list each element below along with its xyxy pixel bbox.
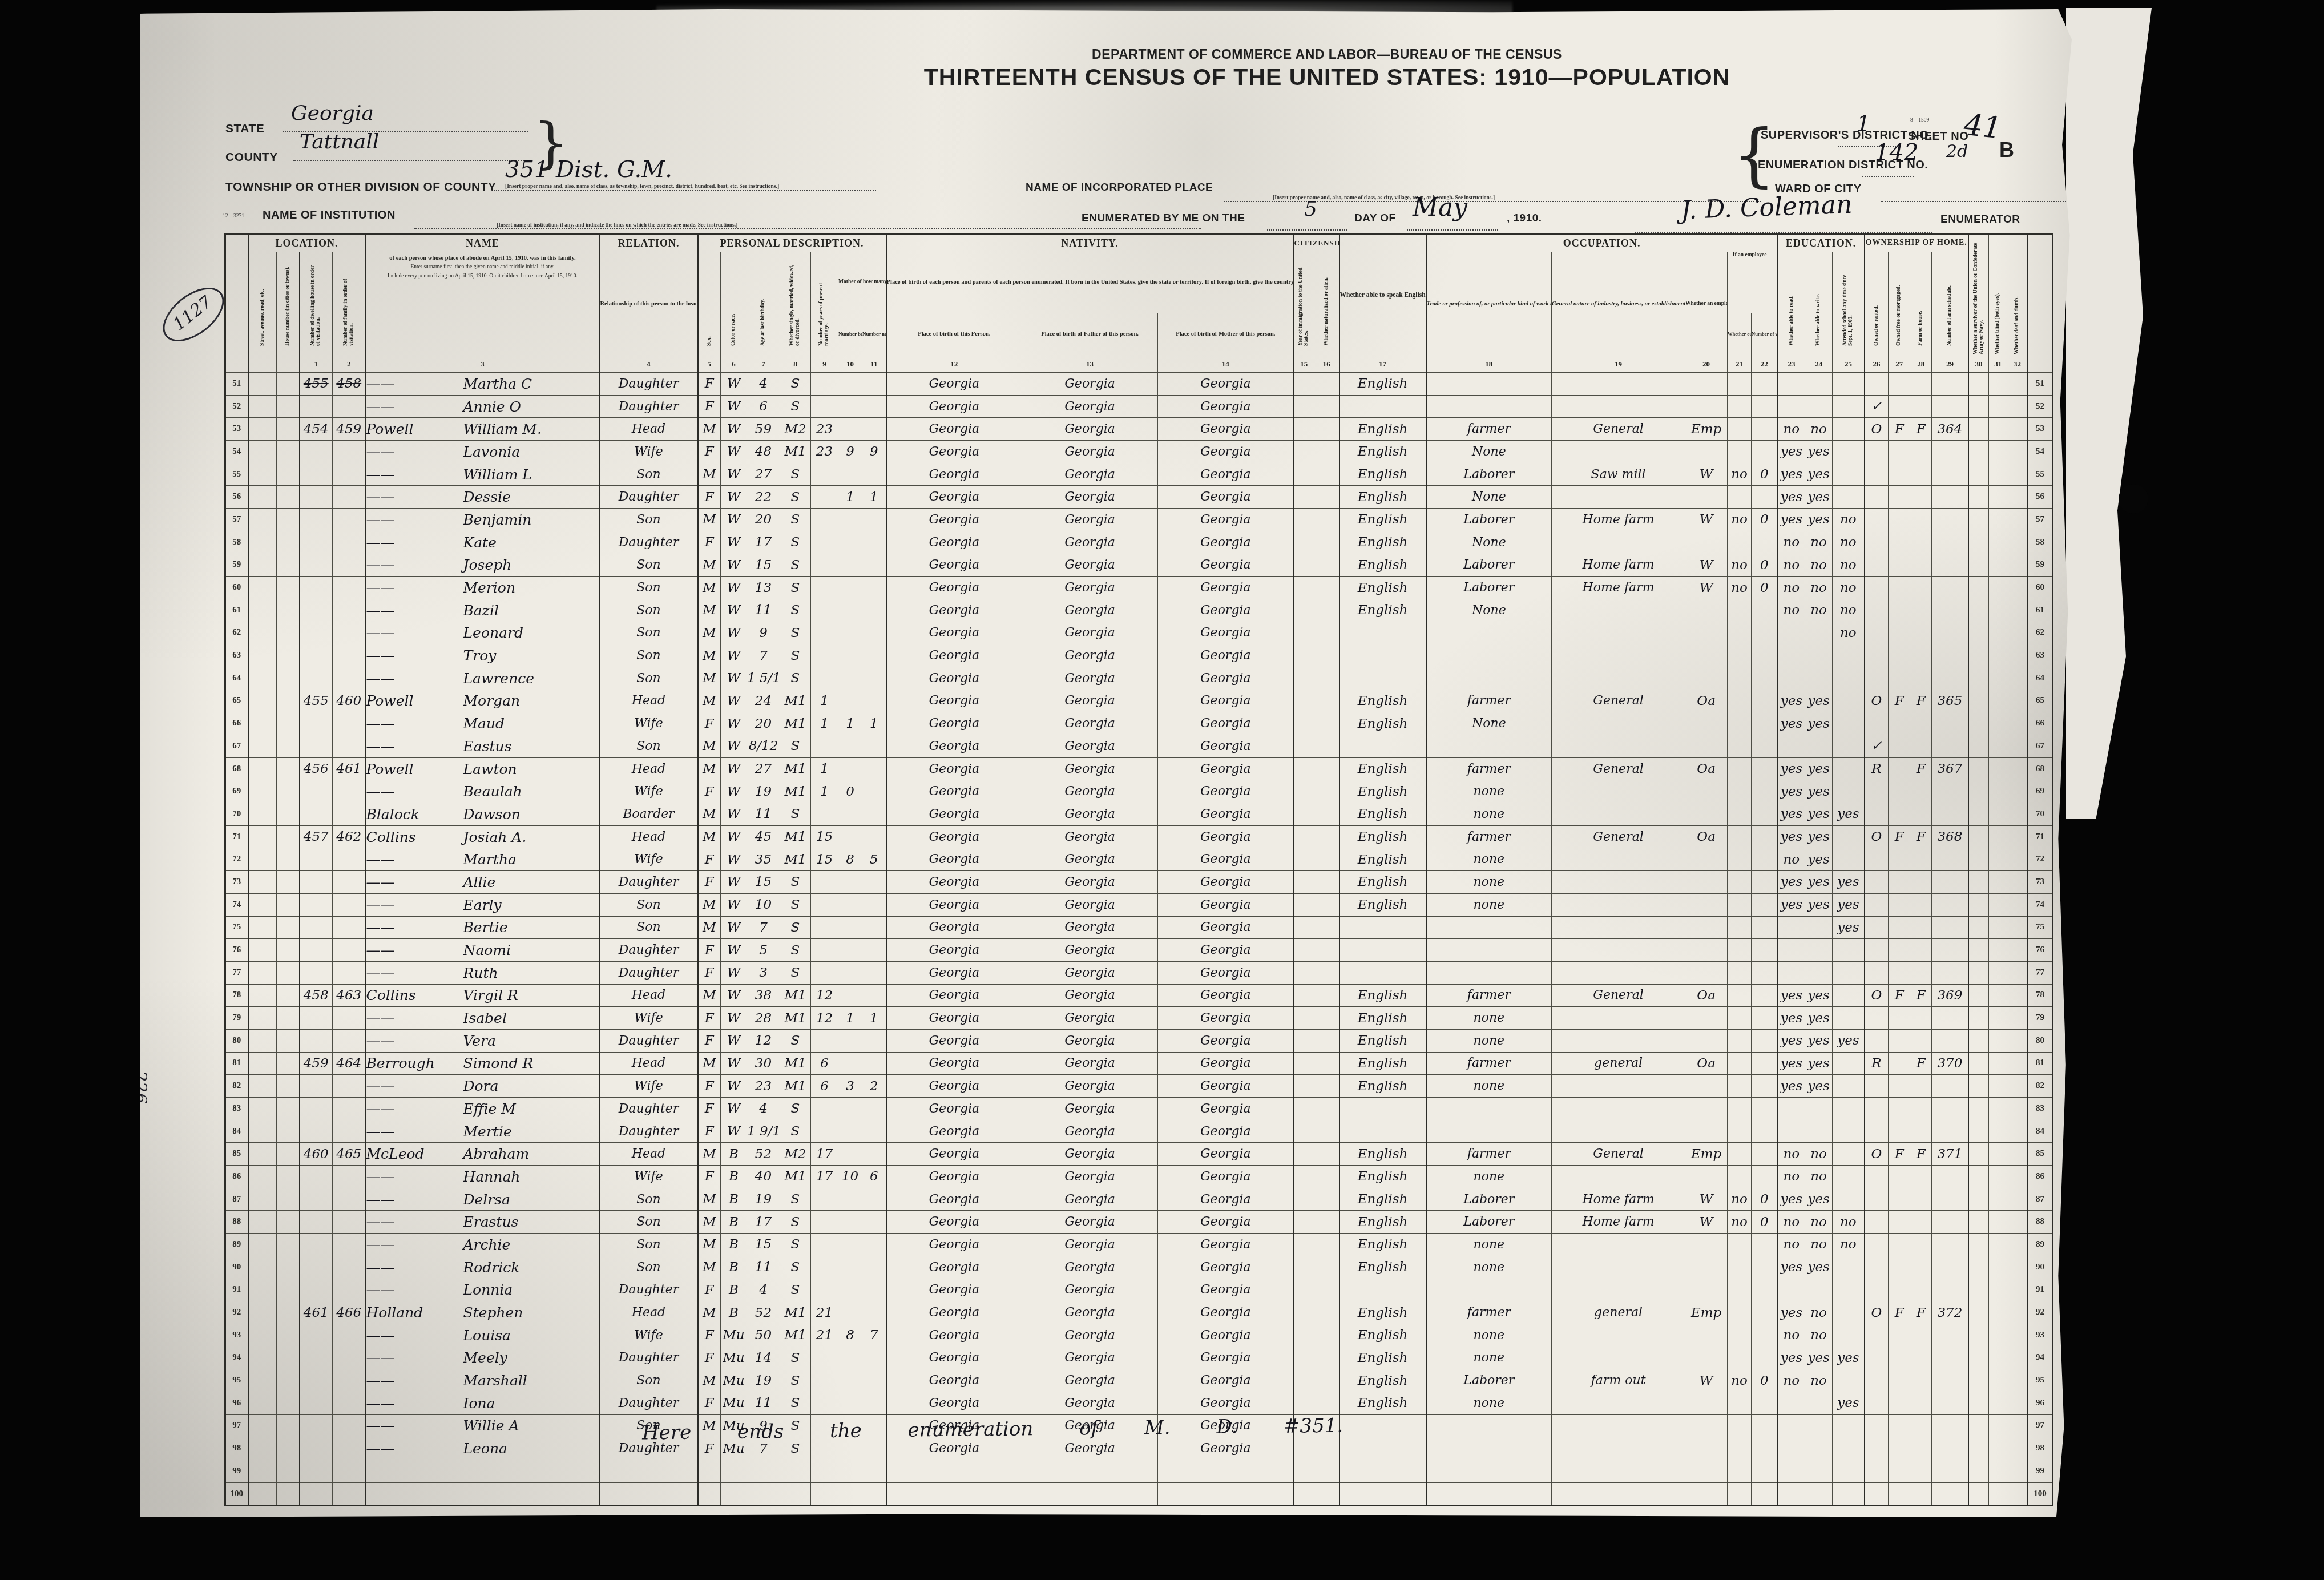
day-line xyxy=(1267,219,1347,231)
cell-house xyxy=(277,1075,300,1098)
district-brace: { xyxy=(1732,115,1776,195)
cell-write: no xyxy=(1805,1211,1833,1234)
cell-english: English xyxy=(1339,757,1426,780)
cell-employer-class: W xyxy=(1685,509,1728,531)
cell-father-birthplace xyxy=(1022,1482,1158,1506)
cell-color: W xyxy=(721,667,747,690)
cell-relation: Daughter xyxy=(600,1120,698,1143)
cell-school xyxy=(1833,1052,1865,1075)
cell-read: yes xyxy=(1778,463,1805,486)
cell-read xyxy=(1778,1437,1805,1460)
cell-home-owned xyxy=(1865,644,1889,667)
cell-write: yes xyxy=(1805,1075,1833,1098)
cell-relation: Son xyxy=(600,1234,698,1256)
col-number: 10 xyxy=(838,356,862,373)
table-row: 65455460PowellMorganHeadMW24M11GeorgiaGe… xyxy=(225,690,2053,712)
cell-children-living xyxy=(862,1120,886,1143)
cell-family xyxy=(333,1098,366,1120)
cell-marital: M1 xyxy=(780,690,811,712)
cell-relation: Son xyxy=(600,916,698,939)
cell-sex: F xyxy=(698,780,721,803)
cell-house xyxy=(277,780,300,803)
cell-naturalized xyxy=(1314,1324,1339,1347)
cell-street xyxy=(248,1211,277,1234)
cell-deaf xyxy=(2007,757,2028,780)
cell-children-born xyxy=(838,1052,862,1075)
cell-industry: General xyxy=(1552,690,1685,712)
cell-children-born xyxy=(838,1029,862,1052)
cell-years-married: 1 xyxy=(811,690,838,712)
cell-children-living xyxy=(862,735,886,758)
cell-farm-schedule xyxy=(1932,848,1968,871)
cell-write: yes xyxy=(1805,1188,1833,1211)
cell-sex: F xyxy=(698,1166,721,1188)
cell-industry xyxy=(1552,848,1685,871)
cell-years-married xyxy=(811,1120,838,1143)
cell-marital: M1 xyxy=(780,1166,811,1188)
cell-write: no xyxy=(1805,1369,1833,1392)
cell-read: yes xyxy=(1778,757,1805,780)
cell-home-free xyxy=(1889,1234,1910,1256)
cell-farm-or-house xyxy=(1910,1460,1932,1483)
cell-dwelling xyxy=(300,1460,333,1483)
cell-home-free xyxy=(1889,599,1910,622)
cell-mother-birthplace: Georgia xyxy=(1158,577,1294,599)
cell-out-of-work xyxy=(1728,690,1752,712)
cell-write: yes xyxy=(1805,803,1833,826)
cell-mother-birthplace: Georgia xyxy=(1158,644,1294,667)
cell-weeks-out xyxy=(1752,531,1778,554)
cell-sex: M xyxy=(698,1301,721,1324)
cell-years-married xyxy=(811,803,838,826)
cell-children-living xyxy=(862,1347,886,1369)
given-name: Abraham xyxy=(463,1146,530,1162)
cell-birthplace: Georgia xyxy=(886,599,1022,622)
cell-children-born xyxy=(838,757,862,780)
cell-marital: S xyxy=(780,1029,811,1052)
cell-immigration xyxy=(1294,1234,1314,1256)
line-number: 89 xyxy=(225,1234,248,1256)
cell-name: ——Allie xyxy=(366,871,600,894)
cell-naturalized xyxy=(1314,803,1339,826)
cell-children-born xyxy=(838,690,862,712)
cell-home-owned: ✓ xyxy=(1865,735,1889,758)
cell-immigration xyxy=(1294,1007,1314,1030)
cell-street xyxy=(248,1414,277,1437)
cell-occupation: Laborer xyxy=(1426,1369,1552,1392)
cell-mother-birthplace: Georgia xyxy=(1158,1256,1294,1279)
cell-years-married xyxy=(811,554,838,577)
cell-street xyxy=(248,1143,277,1166)
cell-marital: M1 xyxy=(780,1075,811,1098)
cell-street xyxy=(248,757,277,780)
cell-birthplace: Georgia xyxy=(886,644,1022,667)
cell-name: ——Rodrick xyxy=(366,1256,600,1279)
cell-home-free xyxy=(1889,1098,1910,1120)
cell-immigration xyxy=(1294,418,1314,441)
cell-years-married: 21 xyxy=(811,1301,838,1324)
cell-home-owned xyxy=(1865,554,1889,577)
cell-mother-birthplace: Georgia xyxy=(1158,1279,1294,1301)
cell-color: Mu xyxy=(721,1392,747,1414)
cell-industry xyxy=(1552,373,1685,396)
vertical-margin-note: 226 xyxy=(130,1071,150,1103)
cell-color: B xyxy=(721,1166,747,1188)
cell-write: yes xyxy=(1805,1029,1833,1052)
cell-children-living xyxy=(862,373,886,396)
cell-veteran xyxy=(1968,1075,1989,1098)
county-label: COUNTY xyxy=(225,151,278,164)
cell-years-married: 15 xyxy=(811,848,838,871)
cell-occupation: farmer xyxy=(1426,984,1552,1007)
line-number: 86 xyxy=(225,1166,248,1188)
line-number-right: 87 xyxy=(2028,1188,2053,1211)
cell-weeks-out xyxy=(1752,1029,1778,1052)
cell-color: W xyxy=(721,848,747,871)
cell-name: ——Dora xyxy=(366,1075,600,1098)
cell-home-free xyxy=(1889,1347,1910,1369)
cell-home-owned xyxy=(1865,1369,1889,1392)
torn-page-edge xyxy=(2066,8,2152,819)
cell-blind xyxy=(1989,1234,2007,1256)
cell-sex: M xyxy=(698,735,721,758)
cell-sex: M xyxy=(698,1369,721,1392)
cell-father-birthplace: Georgia xyxy=(1022,984,1158,1007)
cell-blind xyxy=(1989,622,2007,644)
cell-weeks-out: 0 xyxy=(1752,1369,1778,1392)
cell-relation: Head xyxy=(600,757,698,780)
cell-sex: M xyxy=(698,463,721,486)
cell-immigration xyxy=(1294,1120,1314,1143)
cell-employer-class xyxy=(1685,373,1728,396)
cell-out-of-work: no xyxy=(1728,463,1752,486)
cell-veteran xyxy=(1968,395,1989,418)
cell-naturalized xyxy=(1314,1098,1339,1120)
cell-children-born: 1 xyxy=(838,1007,862,1030)
cell-blind xyxy=(1989,531,2007,554)
cell-relation: Son xyxy=(600,893,698,916)
cell-home-free xyxy=(1889,893,1910,916)
col-number: 31 xyxy=(1989,356,2007,373)
table-row: 57——BenjaminSonMW20SGeorgiaGeorgiaGeorgi… xyxy=(225,509,2053,531)
cell-dwelling xyxy=(300,1414,333,1437)
cell-home-owned xyxy=(1865,1234,1889,1256)
col-deaf: Whether deaf and dumb. xyxy=(2007,234,2028,356)
cell-age: 19 xyxy=(747,1188,780,1211)
cell-deaf xyxy=(2007,1007,2028,1030)
cell-relation: Boarder xyxy=(600,803,698,826)
cell-naturalized xyxy=(1314,780,1339,803)
cell-relation: Daughter xyxy=(600,373,698,396)
cell-out-of-work xyxy=(1728,1029,1752,1052)
line-number: 88 xyxy=(225,1211,248,1234)
cell-naturalized xyxy=(1314,871,1339,894)
line-number-right: 79 xyxy=(2028,1007,2053,1030)
surname: —— xyxy=(366,1101,463,1117)
cell-relation: Son xyxy=(600,1188,698,1211)
cell-dwelling xyxy=(300,1482,333,1506)
cell-write xyxy=(1805,961,1833,984)
cell-occupation: farmer xyxy=(1426,757,1552,780)
cell-read: no xyxy=(1778,1143,1805,1166)
cell-family xyxy=(333,463,366,486)
cell-color: W xyxy=(721,984,747,1007)
cell-english: English xyxy=(1339,848,1426,871)
cell-deaf xyxy=(2007,1256,2028,1279)
line-number-right: 51 xyxy=(2028,373,2053,396)
cell-street xyxy=(248,1098,277,1120)
cell-age: 1 5/12 xyxy=(747,667,780,690)
cell-veteran xyxy=(1968,1029,1989,1052)
cell-color xyxy=(721,1460,747,1483)
cell-write: no xyxy=(1805,1166,1833,1188)
cell-farm-or-house xyxy=(1910,780,1932,803)
cell-occupation: none xyxy=(1426,893,1552,916)
cell-age: 14 xyxy=(747,1347,780,1369)
cell-street xyxy=(248,463,277,486)
cell-family xyxy=(333,1188,366,1211)
line-number-right: 92 xyxy=(2028,1301,2053,1324)
cell-marital: M1 xyxy=(780,825,811,848)
cell-farm-schedule xyxy=(1932,599,1968,622)
cell-out-of-work xyxy=(1728,1301,1752,1324)
cell-school xyxy=(1833,1166,1865,1188)
cell-immigration xyxy=(1294,1482,1314,1506)
cell-industry: Home farm xyxy=(1552,1188,1685,1211)
cell-home-free: F xyxy=(1889,418,1910,441)
cell-home-free xyxy=(1889,1075,1910,1098)
cell-children-born xyxy=(838,622,862,644)
cell-relation: Wife xyxy=(600,1007,698,1030)
line-number-right: 70 xyxy=(2028,803,2053,826)
cell-farm-schedule xyxy=(1932,1029,1968,1052)
cell-employer-class: Emp xyxy=(1685,1143,1728,1166)
cell-sex: F xyxy=(698,1029,721,1052)
cell-blind xyxy=(1989,509,2007,531)
ward-label: WARD OF CITY xyxy=(1775,183,1862,196)
cell-relation: Wife xyxy=(600,780,698,803)
cell-age: 12 xyxy=(747,1029,780,1052)
cell-age: 8/12 xyxy=(747,735,780,758)
cell-farm-schedule: 368 xyxy=(1932,825,1968,848)
given-name: Simond R xyxy=(463,1055,534,1071)
enum-district-line xyxy=(1862,166,1914,177)
cell-english xyxy=(1339,1279,1426,1301)
cell-school xyxy=(1833,735,1865,758)
cell-mother-birthplace: Georgia xyxy=(1158,893,1294,916)
cell-immigration xyxy=(1294,531,1314,554)
cell-english: English xyxy=(1339,893,1426,916)
given-name: Lonnia xyxy=(463,1281,513,1298)
cell-occupation: Laborer xyxy=(1426,577,1552,599)
day-of-label: DAY OF xyxy=(1354,212,1396,225)
given-name: Annie O xyxy=(463,398,522,415)
cell-street xyxy=(248,441,277,463)
cell-years-married: 23 xyxy=(811,418,838,441)
circled-margin-note: 1127 xyxy=(154,277,234,352)
cell-street xyxy=(248,916,277,939)
cell-deaf xyxy=(2007,418,2028,441)
cell-marital: S xyxy=(780,554,811,577)
cell-english: English xyxy=(1339,577,1426,599)
cell-immigration xyxy=(1294,803,1314,826)
cell-employer-class xyxy=(1685,871,1728,894)
col-number: 20 xyxy=(1685,356,1728,373)
cell-years-married: 1 xyxy=(811,757,838,780)
cell-deaf xyxy=(2007,667,2028,690)
cell-english: English xyxy=(1339,712,1426,735)
cell-employer-class xyxy=(1685,1460,1728,1483)
cell-color: W xyxy=(721,803,747,826)
cell-english: English xyxy=(1339,1234,1426,1256)
surname: —— xyxy=(366,783,463,800)
cell-naturalized xyxy=(1314,1347,1339,1369)
cell-naturalized xyxy=(1314,395,1339,418)
cell-farm-schedule xyxy=(1932,1211,1968,1234)
cell-weeks-out xyxy=(1752,373,1778,396)
cell-weeks-out xyxy=(1752,1098,1778,1120)
cell-sex: M xyxy=(698,1052,721,1075)
cell-veteran xyxy=(1968,1211,1989,1234)
line-number: 97 xyxy=(225,1414,248,1437)
cell-years-married xyxy=(811,893,838,916)
col-number: 30 xyxy=(1968,356,1989,373)
cell-english: English xyxy=(1339,690,1426,712)
cell-veteran xyxy=(1968,1279,1989,1301)
cell-relation: Son xyxy=(600,622,698,644)
given-name: Eastus xyxy=(463,738,512,755)
cell-dwelling xyxy=(300,622,333,644)
cell-farm-schedule xyxy=(1932,1347,1968,1369)
cell-street xyxy=(248,1437,277,1460)
cell-weeks-out: 0 xyxy=(1752,554,1778,577)
cell-naturalized xyxy=(1314,690,1339,712)
cell-english: English xyxy=(1339,1347,1426,1369)
cell-sex: F xyxy=(698,1007,721,1030)
cell-occupation: Laborer xyxy=(1426,509,1552,531)
cell-home-owned xyxy=(1865,780,1889,803)
cell-immigration xyxy=(1294,1052,1314,1075)
cell-industry xyxy=(1552,1256,1685,1279)
cell-dwelling xyxy=(300,644,333,667)
cell-employer-class: Oa xyxy=(1685,984,1728,1007)
cell-children-born xyxy=(838,554,862,577)
cell-mother-birthplace: Georgia xyxy=(1158,825,1294,848)
cell-out-of-work xyxy=(1728,961,1752,984)
cell-children-born xyxy=(838,1347,862,1369)
cell-immigration xyxy=(1294,757,1314,780)
cell-farm-schedule xyxy=(1932,622,1968,644)
cell-mother-birthplace: Georgia xyxy=(1158,871,1294,894)
col-dwelling-number: Number of dwelling house in order of vis… xyxy=(300,252,333,356)
cell-father-birthplace: Georgia xyxy=(1022,1369,1158,1392)
cell-name: CollinsVirgil R xyxy=(366,984,600,1007)
cell-birthplace: Georgia xyxy=(886,395,1022,418)
township-label: TOWNSHIP OR OTHER DIVISION OF COUNTY xyxy=(225,180,497,194)
cell-write: yes xyxy=(1805,690,1833,712)
cell-father-birthplace: Georgia xyxy=(1022,554,1158,577)
line-number-right: 68 xyxy=(2028,757,2053,780)
cell-employer-class xyxy=(1685,1075,1728,1098)
cell-family: 464 xyxy=(333,1052,366,1075)
cell-school xyxy=(1833,395,1865,418)
cell-veteran xyxy=(1968,939,1989,962)
cell-blind xyxy=(1989,1324,2007,1347)
cell-dwelling: 459 xyxy=(300,1052,333,1075)
cell-relation: Son xyxy=(600,599,698,622)
cell-out-of-work xyxy=(1728,1075,1752,1098)
cell-mother-birthplace: Georgia xyxy=(1158,1120,1294,1143)
cell-veteran xyxy=(1968,441,1989,463)
cell-weeks-out xyxy=(1752,1279,1778,1301)
cell-english: English xyxy=(1339,1007,1426,1030)
line-number-right: 90 xyxy=(2028,1256,2053,1279)
cell-dwelling xyxy=(300,1007,333,1030)
cell-family xyxy=(333,1392,366,1414)
cell-marital: S xyxy=(780,1279,811,1301)
surname: Powell xyxy=(366,692,463,709)
cell-age: 13 xyxy=(747,577,780,599)
cell-children-living: 2 xyxy=(862,1075,886,1098)
cell-employer-class xyxy=(1685,1007,1728,1030)
cell-family xyxy=(333,622,366,644)
cell-out-of-work xyxy=(1728,1279,1752,1301)
cell-home-free xyxy=(1889,644,1910,667)
cell-dwelling: 456 xyxy=(300,757,333,780)
cell-family xyxy=(333,1120,366,1143)
cell-farm-schedule xyxy=(1932,441,1968,463)
cell-children-living xyxy=(862,757,886,780)
cell-english: English xyxy=(1339,1075,1426,1098)
table-row: 90——RodrickSonMB11SGeorgiaGeorgiaGeorgia… xyxy=(225,1256,2053,1279)
cell-dwelling xyxy=(300,486,333,509)
cell-children-born xyxy=(838,1211,862,1234)
group-citizenship: CITIZENSHIP. xyxy=(1294,234,1339,252)
cell-immigration xyxy=(1294,1392,1314,1414)
cell-house xyxy=(277,871,300,894)
cell-english xyxy=(1339,395,1426,418)
cell-deaf xyxy=(2007,554,2028,577)
given-name: Morgan xyxy=(463,692,521,709)
cell-naturalized xyxy=(1314,554,1339,577)
cell-naturalized xyxy=(1314,644,1339,667)
given-name: Marshall xyxy=(463,1372,527,1389)
cell-industry xyxy=(1552,1029,1685,1052)
cell-age: 11 xyxy=(747,1392,780,1414)
cell-name: ——Dessie xyxy=(366,486,600,509)
cell-relation: Son xyxy=(600,463,698,486)
cell-english: English xyxy=(1339,1166,1426,1188)
cell-employer-class: W xyxy=(1685,463,1728,486)
cell-years-married xyxy=(811,531,838,554)
cell-home-owned xyxy=(1865,667,1889,690)
cell-sex: F xyxy=(698,712,721,735)
cell-marital: S xyxy=(780,395,811,418)
cell-birthplace: Georgia xyxy=(886,1347,1022,1369)
cell-industry xyxy=(1552,1098,1685,1120)
cell-farm-schedule xyxy=(1932,1460,1968,1483)
col-industry: General nature of industry, business, or… xyxy=(1552,252,1685,356)
cell-children-born xyxy=(838,1369,862,1392)
cell-farm-schedule xyxy=(1932,1279,1968,1301)
cell-home-free xyxy=(1889,848,1910,871)
cell-read: no xyxy=(1778,848,1805,871)
surname: Holland xyxy=(366,1304,463,1321)
cell-mother-birthplace: Georgia xyxy=(1158,690,1294,712)
surname: —— xyxy=(366,534,463,551)
cell-marital: M1 xyxy=(780,984,811,1007)
cell-family xyxy=(333,803,366,826)
